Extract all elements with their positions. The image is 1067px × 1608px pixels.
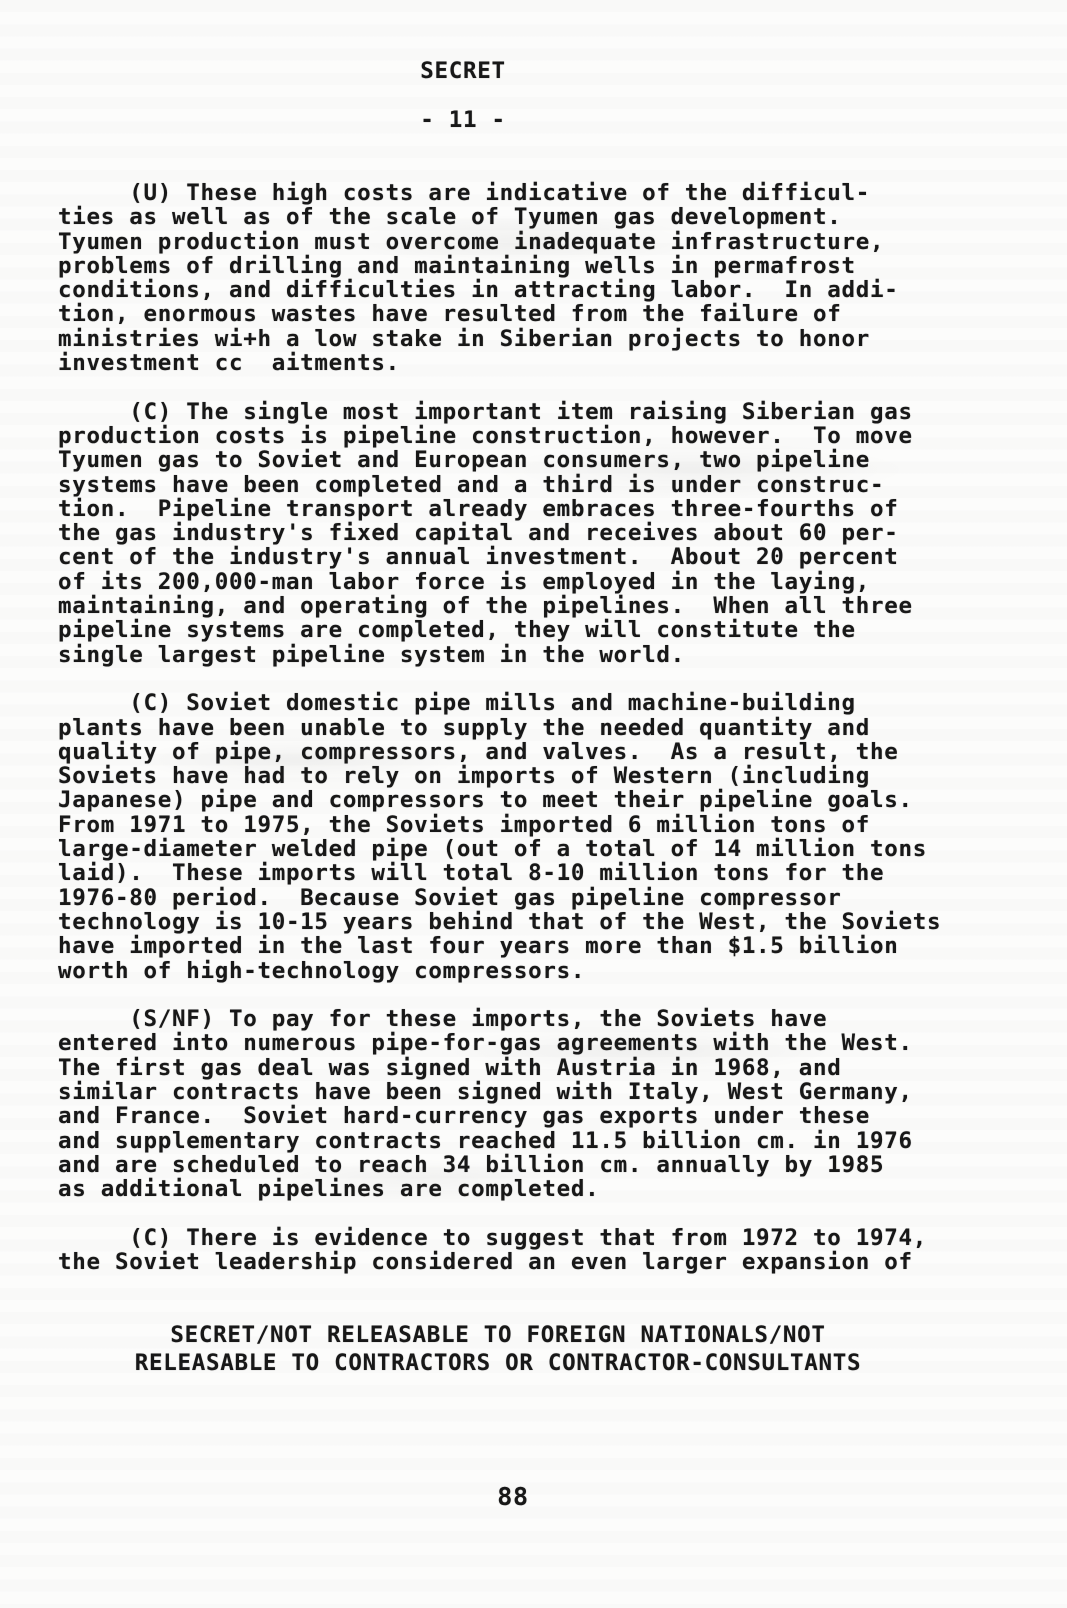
page-number-marker: - 11 - — [58, 107, 868, 133]
paragraph-leadership-expansion: (C) There is evidence to suggest that fr… — [58, 1226, 1018, 1275]
classification-footer: SECRET/NOT RELEASABLE TO FOREIGN NATIONA… — [58, 1322, 938, 1377]
paragraph-pipeline-construction: (C) The single most important item raisi… — [58, 400, 1018, 667]
paragraph-costs-difficulties: (U) These high costs are indicative of t… — [58, 181, 1018, 375]
page-number: 88 — [58, 1482, 968, 1512]
paragraph-pipe-mills-imports: (C) Soviet domestic pipe mills and machi… — [58, 691, 1018, 983]
document-page: SECRET - 11 - (U) These high costs are i… — [0, 0, 1067, 1608]
paragraph-pipe-for-gas-agreements: (S/NF) To pay for these imports, the Sov… — [58, 1007, 1018, 1201]
classification-header: SECRET — [58, 58, 868, 84]
document-body: (U) These high costs are indicative of t… — [58, 181, 1018, 1299]
classification-footer-text: SECRET/NOT RELEASABLE TO FOREIGN NATIONA… — [58, 1322, 938, 1377]
